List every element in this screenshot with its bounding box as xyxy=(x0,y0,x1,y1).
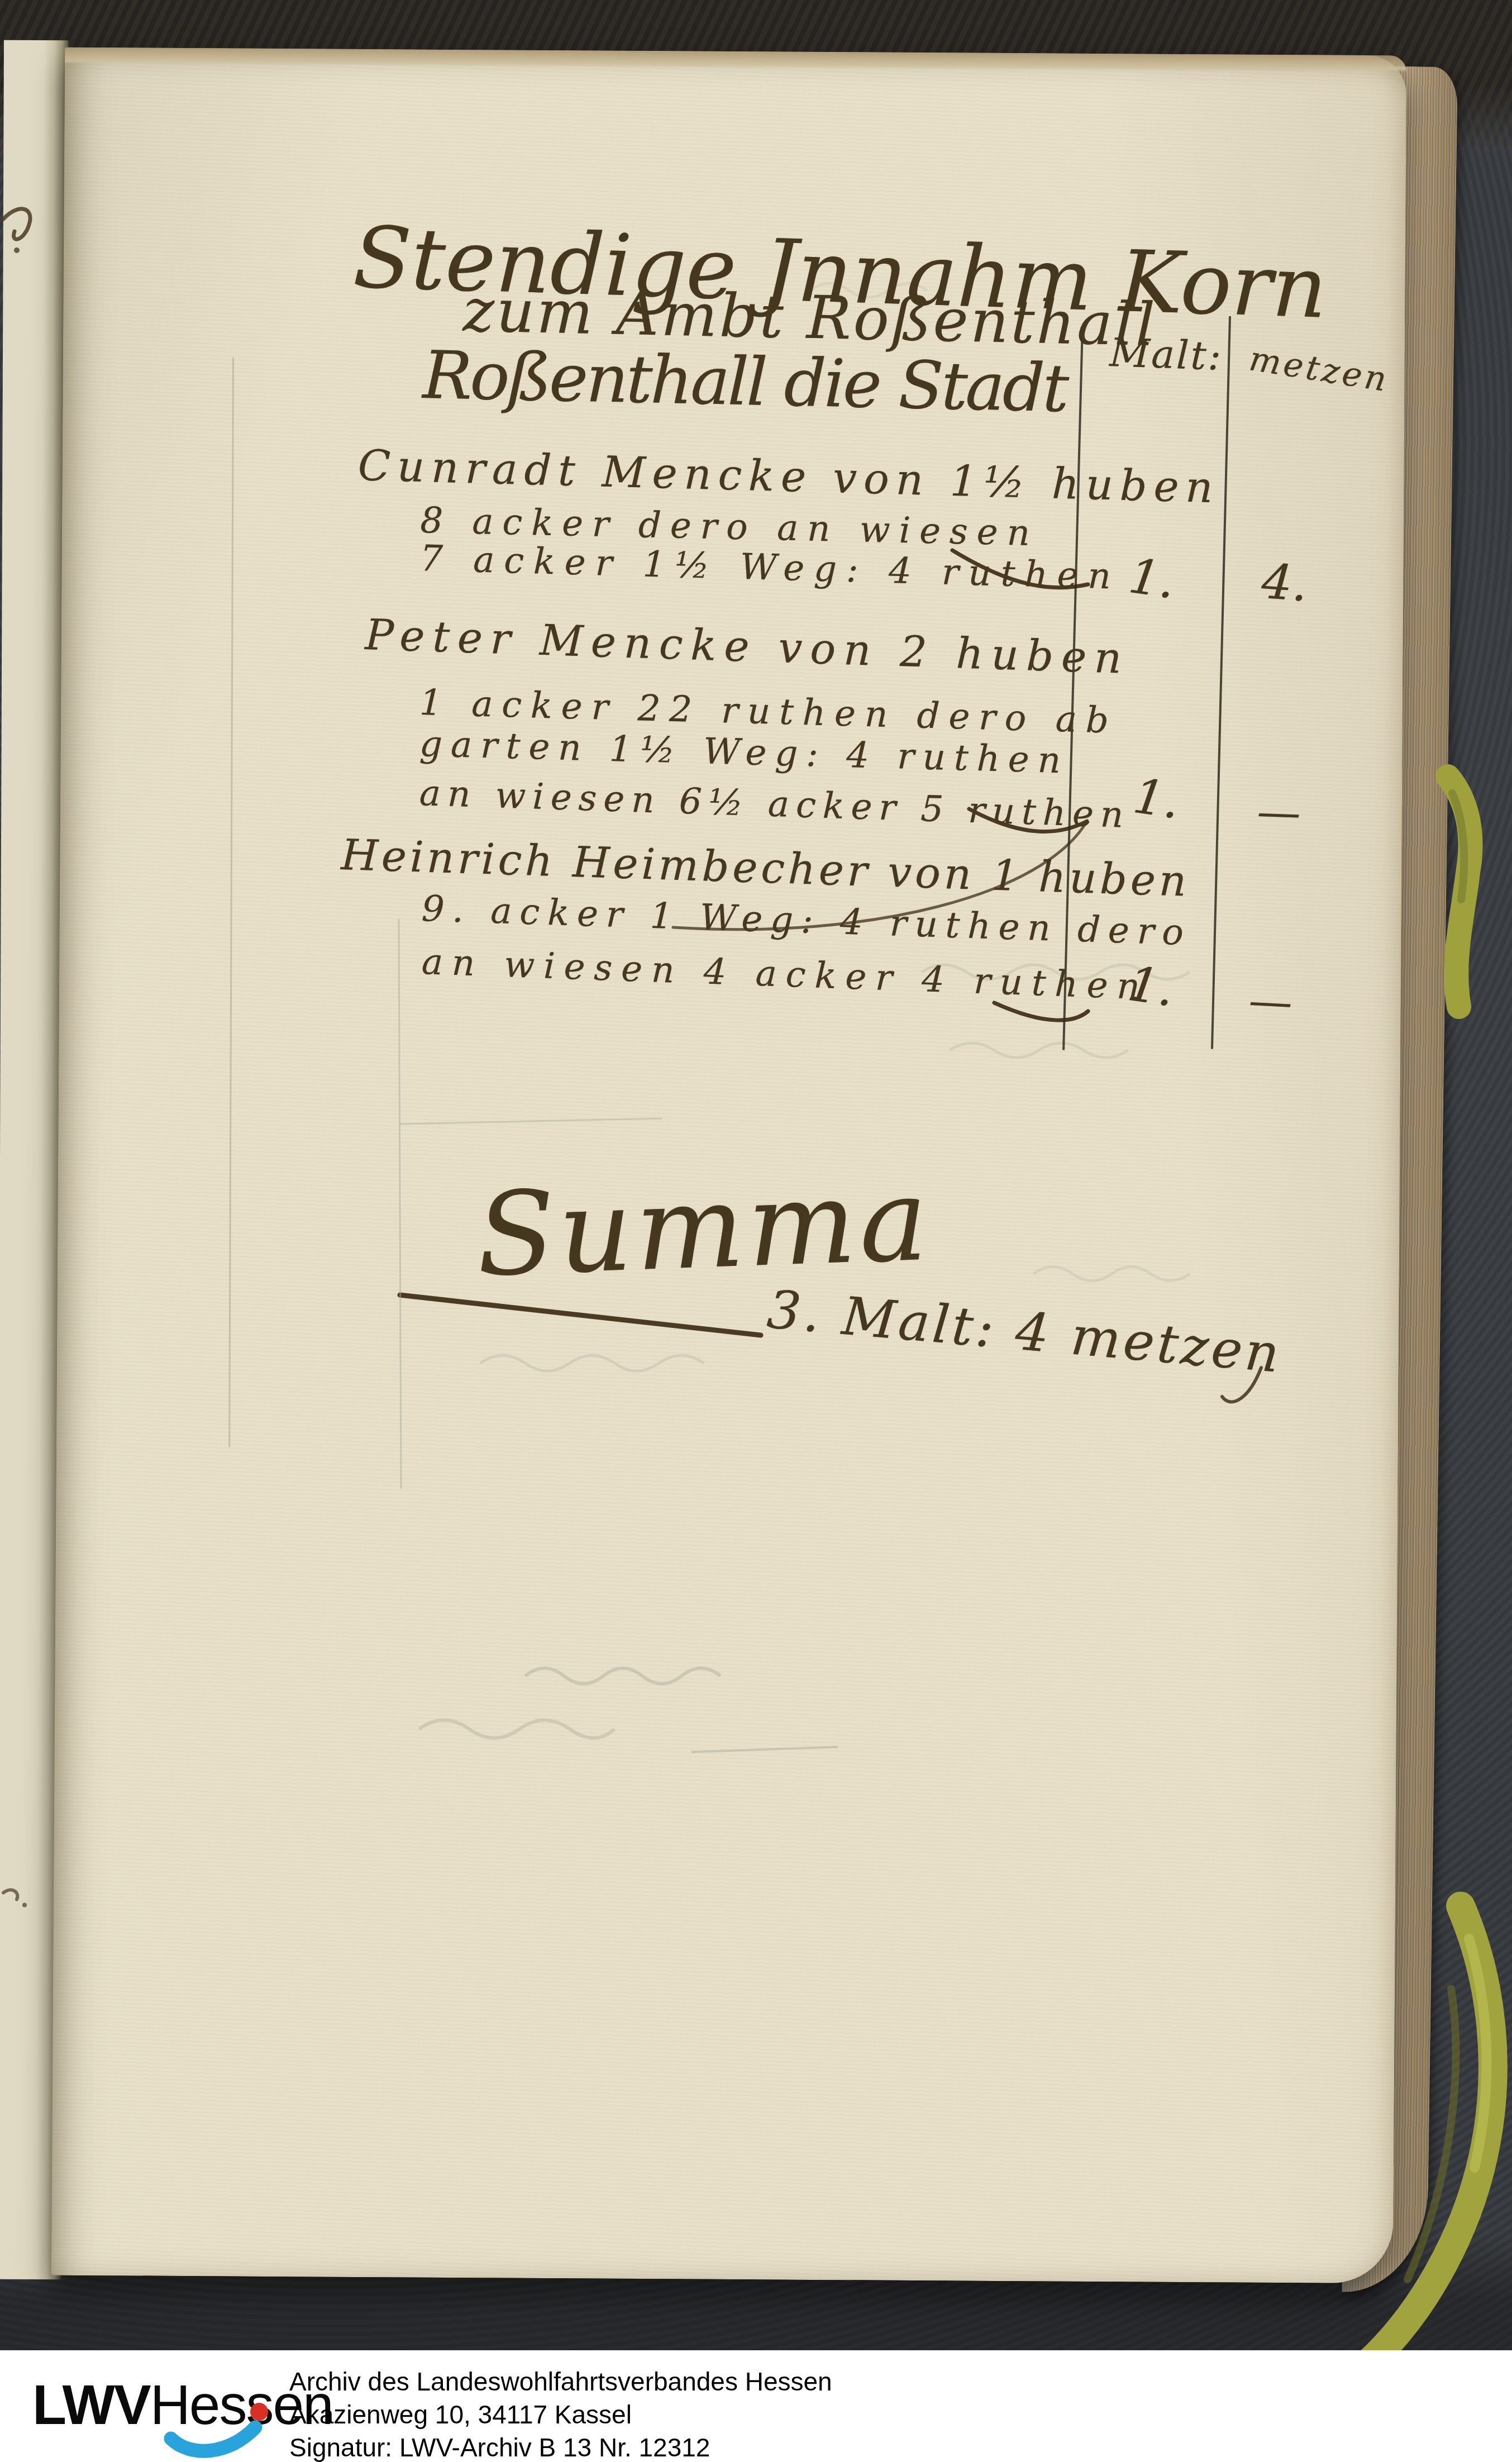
footer-address-block: Archiv des Landeswohlfahrtsverbandes Hes… xyxy=(289,2365,832,2462)
column-header-malt: Malt: xyxy=(1109,333,1224,376)
entry-3-malt-value: 1. xyxy=(1125,960,1177,1014)
heading-line-3: Roßenthall die Stadt xyxy=(422,342,1068,421)
entry-2-metzen-value: — xyxy=(1256,790,1301,835)
entry-1-metzen-value: 4. xyxy=(1260,558,1309,609)
entry-2-malt-value: 1. xyxy=(1131,772,1182,826)
entry-3-metzen-value: — xyxy=(1248,979,1294,1025)
archive-scan: Stendige Jnnahm Korn zum Ambt Roßenthall… xyxy=(0,0,1512,2462)
summa-label: Summa xyxy=(475,1163,933,1293)
entry-1-malt-value: 1. xyxy=(1126,552,1178,606)
footer-line-address: Akazienweg 10, 34117 Kassel xyxy=(289,2398,832,2431)
footer-line-archive: Archiv des Landeswohlfahrtsverbandes Hes… xyxy=(289,2365,832,2398)
lwv-logo-text-bold: LWV xyxy=(32,2374,150,2436)
lwv-logo: LWVHessen xyxy=(32,2377,333,2433)
footer-band: LWVHessen Archiv des Landeswohlfahrtsver… xyxy=(0,2350,1512,2462)
footer-line-signature: Signatur: LWV-Archiv B 13 Nr. 12312 xyxy=(289,2431,832,2462)
